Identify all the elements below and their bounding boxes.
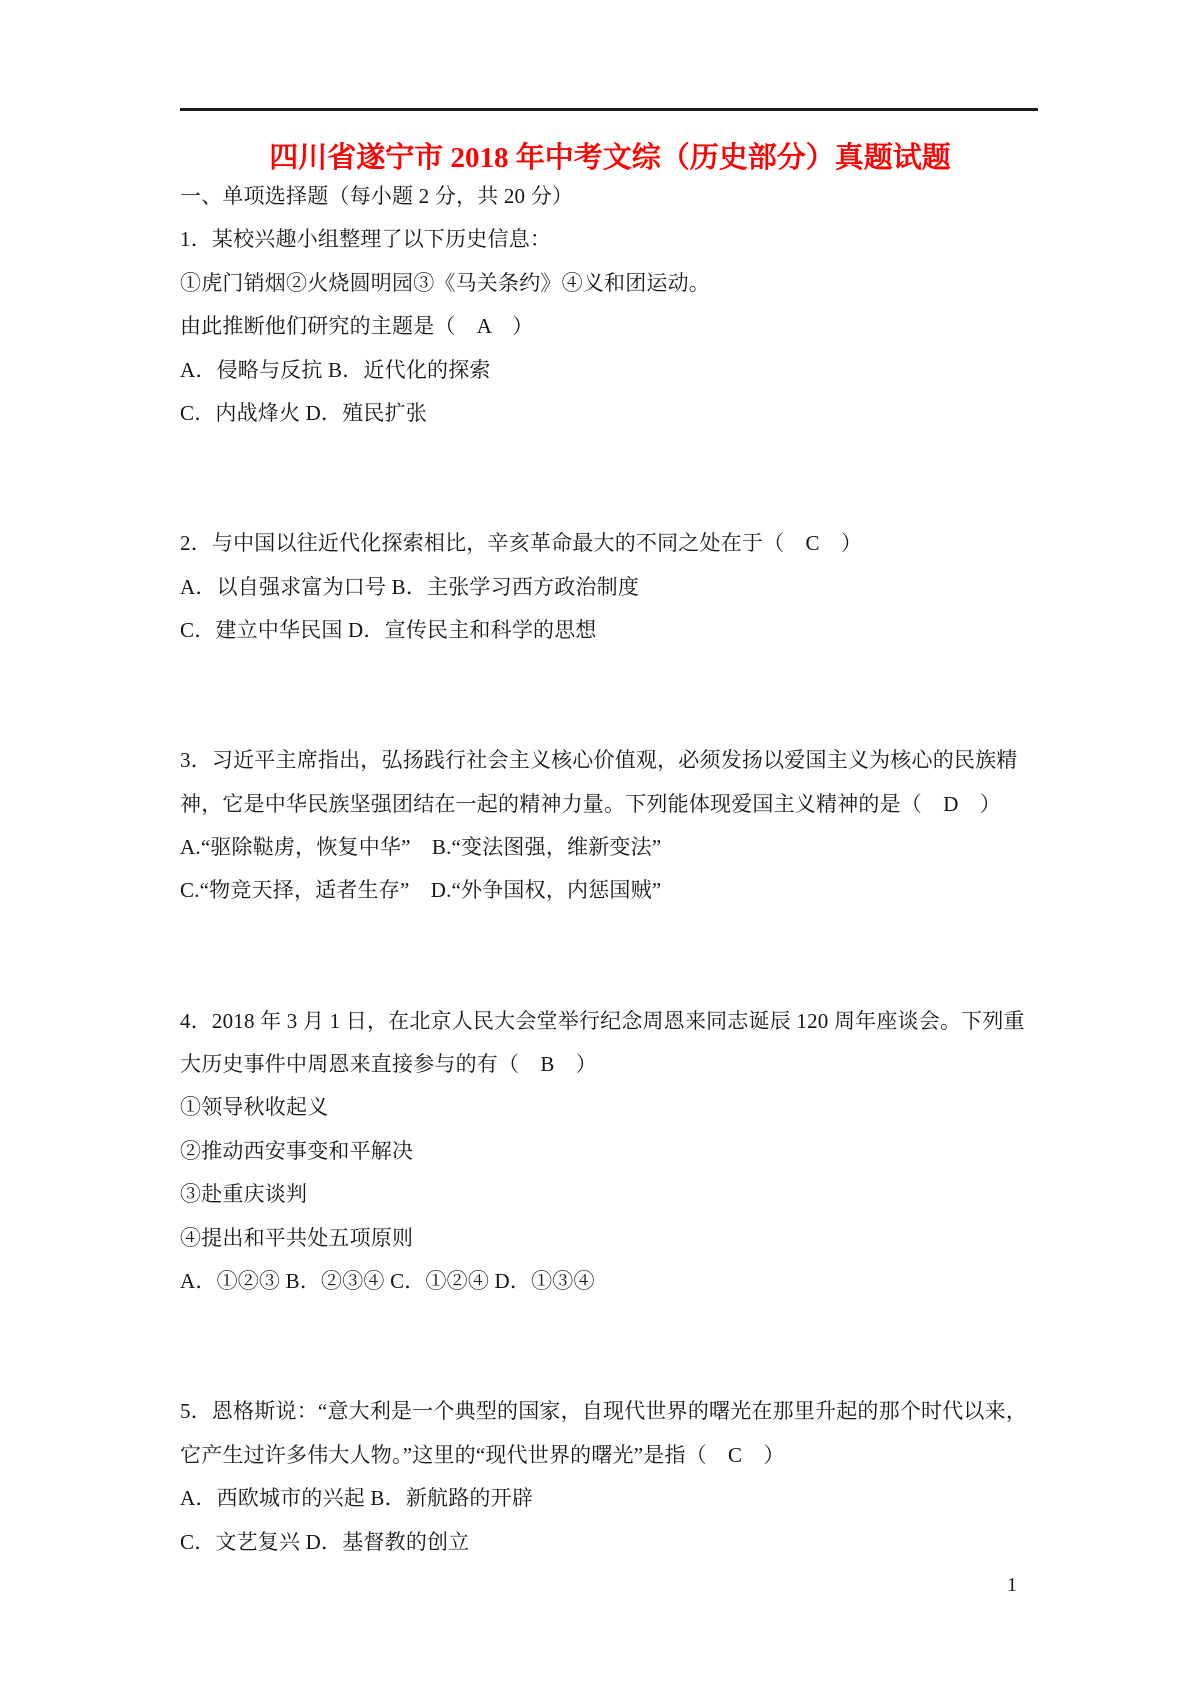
- question-line: ①领导秋收起义: [180, 1086, 1040, 1129]
- question-line: ①虎门销烟②火烧圆明园③《马关条约》④义和团运动。: [180, 262, 1040, 305]
- question-line: C．文艺复兴 D．基督教的创立: [180, 1521, 1040, 1564]
- question-line: A．西欧城市的兴起 B．新航路的开辟: [180, 1477, 1040, 1520]
- question-line: A.“驱除鞑虏，恢复中华” B.“变法图强，维新变法”: [180, 826, 1040, 869]
- question-block-2: 2．与中国以往近代化探索相比，辛亥革命最大的不同之处在于（ C ） A．以自强求…: [180, 522, 1040, 652]
- question-line: 由此推断他们研究的主题是（ A ）: [180, 305, 1040, 348]
- question-block-3: 3．习近平主席指出，弘扬践行社会主义核心价值观，必须发扬以爱国主义为核心的民族精…: [180, 739, 1040, 913]
- question-line: 3．习近平主席指出，弘扬践行社会主义核心价值观，必须发扬以爱国主义为核心的民族精: [180, 739, 1040, 782]
- document-page: 四川省遂宁市 2018 年中考文综（历史部分）真题试题 一、单项选择题（每小题 …: [0, 0, 1200, 1698]
- question-line: A．以自强求富为口号 B．主张学习西方政治制度: [180, 566, 1040, 609]
- page-title: 四川省遂宁市 2018 年中考文综（历史部分）真题试题: [180, 141, 1040, 175]
- section-heading: 一、单项选择题（每小题 2 分，共 20 分）: [180, 175, 1040, 218]
- question-line: 它产生过许多伟大人物。”这里的“现代世界的曙光”是指（ C ）: [180, 1434, 1040, 1477]
- question-line: A．①②③ B．②③④ C．①②④ D．①③④: [180, 1260, 1040, 1303]
- question-block-4: 4．2018 年 3 月 1 日，在北京人民大会堂举行纪念周恩来同志诞辰 120…: [180, 1000, 1040, 1304]
- question-line: ②推动西安事变和平解决: [180, 1130, 1040, 1173]
- question-line: A．侵略与反抗 B．近代化的探索: [180, 349, 1040, 392]
- question-block-1: 1．某校兴趣小组整理了以下历史信息： ①虎门销烟②火烧圆明园③《马关条约》④义和…: [180, 218, 1040, 435]
- question-line: C．内战烽火 D．殖民扩张: [180, 392, 1040, 435]
- question-line: ③赴重庆谈判: [180, 1173, 1040, 1216]
- question-line: 1．某校兴趣小组整理了以下历史信息：: [180, 218, 1040, 261]
- question-line: 大历史事件中周恩来直接参与的有（ B ）: [180, 1043, 1040, 1086]
- question-line: C.“物竞天择，适者生存” D.“外争国权，内惩国贼”: [180, 869, 1040, 912]
- question-line: ④提出和平共处五项原则: [180, 1217, 1040, 1260]
- question-line: 4．2018 年 3 月 1 日，在北京人民大会堂举行纪念周恩来同志诞辰 120…: [180, 1000, 1040, 1043]
- question-line: 神，它是中华民族坚强团结在一起的精神力量。下列能体现爱国主义精神的是（ D ）: [180, 783, 1040, 826]
- page-number: 1: [1007, 1571, 1017, 1599]
- question-line: C．建立中华民国 D．宣传民主和科学的思想: [180, 609, 1040, 652]
- question-line: 2．与中国以往近代化探索相比，辛亥革命最大的不同之处在于（ C ）: [180, 522, 1040, 565]
- question-block-5: 5．恩格斯说：“意大利是一个典型的国家，自现代世界的曙光在那里升起的那个时代以来…: [180, 1390, 1040, 1564]
- document-content: 四川省遂宁市 2018 年中考文综（历史部分）真题试题 一、单项选择题（每小题 …: [180, 0, 1040, 1564]
- question-line: 5．恩格斯说：“意大利是一个典型的国家，自现代世界的曙光在那里升起的那个时代以来…: [180, 1390, 1040, 1433]
